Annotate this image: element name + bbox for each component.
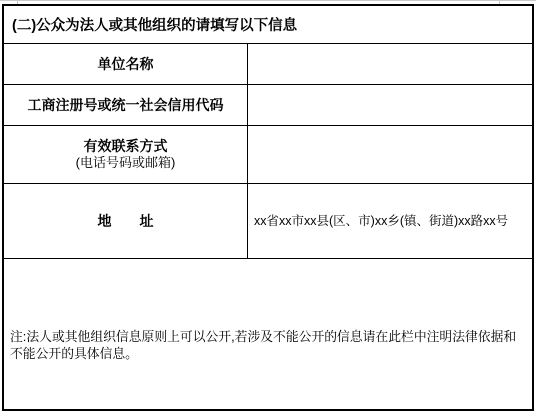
legal-entity-info-table: (二)公众为法人或其他组织的请填写以下信息 单位名称 工商注册号或统一社会信用代… [2, 4, 534, 411]
contact-label: 有效联系方式 [84, 138, 168, 155]
value-cell-contact[interactable] [248, 126, 532, 183]
label-cell-contact: 有效联系方式 (电话号码或邮箱) [4, 126, 248, 183]
document-page: (二)公众为法人或其他组织的请填写以下信息 单位名称 工商注册号或统一社会信用代… [0, 0, 536, 415]
unit-name-label: 单位名称 [98, 56, 154, 73]
row-address: 地 址 xx省xx市xx县(区、市)xx乡(镇、街道)xx路xx号 [4, 184, 532, 259]
row-contact: 有效联系方式 (电话号码或邮箱) [4, 126, 532, 184]
registration-code-label: 工商注册号或统一社会信用代码 [28, 97, 224, 114]
section-header-row: (二)公众为法人或其他组织的请填写以下信息 [4, 6, 532, 44]
address-value: xx省xx市xx县(区、市)xx乡(镇、街道)xx路xx号 [254, 213, 508, 230]
row-unit-name: 单位名称 [4, 44, 532, 85]
address-label: 地 址 [98, 213, 154, 230]
value-cell-address[interactable]: xx省xx市xx县(区、市)xx乡(镇、街道)xx路xx号 [248, 184, 532, 258]
row-registration-code: 工商注册号或统一社会信用代码 [4, 85, 532, 126]
value-cell-registration-code[interactable] [248, 85, 532, 125]
label-cell-unit-name: 单位名称 [4, 44, 248, 84]
label-cell-registration-code: 工商注册号或统一社会信用代码 [4, 85, 248, 125]
top-grid-remnant-line [0, 0, 536, 1]
label-cell-address: 地 址 [4, 184, 248, 258]
contact-sublabel: (电话号码或邮箱) [76, 155, 176, 171]
value-cell-unit-name[interactable] [248, 44, 532, 84]
section-title: (二)公众为法人或其他组织的请填写以下信息 [12, 14, 297, 35]
note-cell[interactable]: 注:法人或其他组织信息原则上可以公开,若涉及不能公开的信息请在此栏中注明法律依据… [4, 259, 532, 409]
note-text: 注:法人或其他组织信息原则上可以公开,若涉及不能公开的信息请在此栏中注明法律依据… [10, 328, 526, 363]
